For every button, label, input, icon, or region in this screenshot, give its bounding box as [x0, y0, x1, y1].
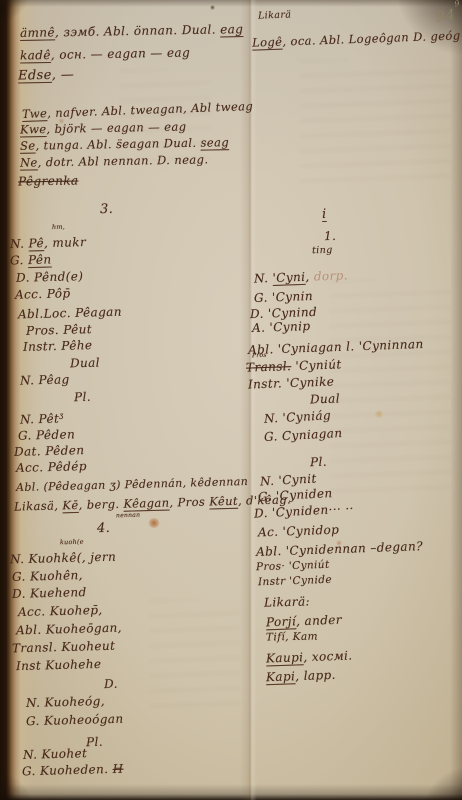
manuscript-line: Tifí, Kam — [266, 631, 318, 644]
text-segment: Likarä — [258, 9, 292, 21]
manuscript-line: Acc. Kuohep̄, — [18, 603, 103, 619]
text-segment: Porjí — [266, 614, 297, 629]
manuscript-line: Dual — [70, 356, 100, 371]
text-segment: N. 'Cyniág — [264, 408, 332, 425]
manuscript-line: N. Pêag — [20, 372, 70, 387]
manuscript-line: nennan — [116, 510, 140, 521]
manuscript-line: 3. — [100, 202, 114, 217]
text-segment: Instr. Pêhe — [23, 338, 93, 354]
manuscript-line: Pêgrenka — [18, 173, 79, 188]
manuscript-line: Abl. (Pêdeagan ʒ) Pêdennán, kêdennan — [16, 475, 248, 494]
manuscript-line: i — [322, 207, 327, 222]
text-segment: G. Kuoheden. — [22, 762, 113, 778]
text-segment: N. — [254, 271, 273, 286]
text-segment: Abl. (Pêdeagan ʒ) Pêdennán, kêdennan — [16, 475, 248, 494]
manuscript-line: Porjí, ander — [266, 613, 342, 630]
manuscript-line: Abl.Loc. Pêagan — [18, 305, 122, 322]
text-segment: Dat. Pêden — [14, 443, 85, 459]
manuscript-line: Kaupi, хосмі. — [266, 648, 353, 665]
text-segment: 'Cyni — [272, 270, 305, 285]
text-segment: N. Kuohet — [23, 746, 88, 762]
text-segment: D. — [104, 677, 118, 691]
text-segment: , Pros — [169, 495, 209, 510]
manuscript-line: Ac. 'Cynidop — [258, 523, 340, 540]
manuscript-line: kuoh(e — [60, 537, 84, 548]
manuscript-line: Dual — [310, 391, 340, 406]
text-segment: Instr 'Cynide — [258, 574, 332, 589]
manuscript-line: Pl. — [310, 455, 327, 469]
manuscript-line: N. Kuohkê(, jern — [10, 550, 116, 567]
manuscript-line: N. 'Cynit — [260, 472, 317, 489]
text-segment: ämnê — [20, 25, 55, 40]
text-segment: eag — [220, 22, 243, 36]
text-segment: seag — [200, 135, 229, 149]
text-segment: G. Cyniagan — [264, 426, 343, 444]
manuscript-line: G. Pên — [10, 252, 52, 267]
manuscript-line: Dat. Pêden — [14, 443, 85, 459]
manuscript-line: Inst Kuohehe — [16, 657, 102, 673]
text-segment: N. 'Cynit — [260, 472, 317, 489]
text-segment: Twe — [22, 106, 48, 121]
paper-stain — [374, 410, 384, 418]
text-segment: , ander — [296, 613, 342, 629]
text-segment: G. 'Cynin — [254, 289, 313, 305]
text-segment: , — [305, 270, 314, 284]
manuscript-line: Abl. 'Cyniagan l. 'Cyninnan — [248, 337, 424, 357]
bleed-through-ghost — [300, 60, 450, 190]
text-segment: Pros. Pêut — [26, 322, 92, 338]
text-segment: A. 'Cynip — [252, 319, 311, 335]
text-segment: dorp. — [314, 268, 349, 283]
manuscript-line: 4. — [97, 521, 111, 536]
text-segment: Transl. — [246, 359, 292, 375]
page-fold-crease — [240, 0, 258, 800]
manuscript-line: Transl. Kuoheut — [12, 639, 116, 656]
manuscript-line: Transl. 'Cyniút — [246, 357, 342, 374]
text-segment: Ne — [20, 155, 38, 169]
manuscript-line: G. Kuoheoógan — [26, 712, 124, 729]
text-segment: G. 'Cyniden — [258, 486, 333, 504]
manuscript-line: A. 'Cynip — [252, 319, 311, 335]
manuscript-line: Abl. 'Cynidennan –degan? — [256, 539, 423, 559]
text-segment: Acc. Pêdép — [16, 459, 87, 475]
text-segment: Pl. — [310, 455, 327, 469]
text-segment: , lapp. — [295, 668, 336, 683]
text-segment: Likarä: — [264, 594, 310, 609]
text-segment: Abl.Loc. Pêagan — [18, 305, 122, 322]
text-segment: , björk — eagan — eag — [46, 120, 186, 136]
manuscript-line: Logê, оса. Abl. Logeôgan D. geóg — [252, 28, 461, 49]
ink-speck — [210, 5, 215, 10]
manuscript-line: Pl. — [86, 735, 103, 749]
text-segment: Se — [20, 139, 36, 153]
text-segment: Acc. Pôp̄ — [15, 286, 71, 301]
text-segment: Logê — [252, 35, 283, 50]
text-segment: Edse — [18, 68, 52, 84]
manuscript-page: 94 9 ämnê, зэмб. Abl. önnan. Dual. eagka… — [0, 0, 462, 800]
text-segment: G. — [10, 253, 28, 267]
manuscript-line: Instr 'Cynide — [258, 574, 332, 589]
text-segment: 1. — [324, 229, 337, 243]
manuscript-line: N. 'Cyniág — [264, 408, 332, 425]
text-segment: Kaupi — [266, 650, 304, 665]
text-segment: Instr. 'Cynike — [248, 374, 335, 391]
text-segment: Acc. Kuohep̄, — [18, 603, 103, 619]
manuscript-line: N. Kuoheóg, — [26, 694, 105, 710]
text-segment: N. Pêt — [20, 412, 60, 427]
manuscript-line: Likarä: — [264, 594, 310, 609]
manuscript-line: G. Cyniagan — [264, 426, 343, 444]
manuscript-line: D. Kuehend — [12, 585, 87, 601]
manuscript-line: G. 'Cyniden — [258, 486, 333, 504]
text-segment: Pros — [252, 352, 267, 359]
text-segment: , nafver. Abl. tweagan, Abl tweag — [47, 99, 253, 120]
manuscript-line: N. 'Cyni, dorp. — [254, 268, 348, 285]
text-segment: nennan — [116, 512, 140, 520]
manuscript-line: Likarä — [258, 9, 292, 21]
manuscript-line: hm, — [52, 222, 65, 232]
manuscript-line: G. Kuoheden. H — [22, 762, 124, 779]
text-segment: 4. — [97, 521, 111, 536]
text-segment: D. Kuehend — [12, 585, 87, 601]
manuscript-line: Ne, dotr. Abl nennan. D. neag. — [20, 152, 209, 169]
text-segment: N. Pêag — [20, 372, 70, 387]
text-segment: Abl. 'Cyniagan l. 'Cyninnan — [248, 337, 424, 357]
text-segment: G. Pêden — [18, 427, 75, 442]
text-segment: Dual — [310, 391, 340, 406]
page-number-tick: 9 — [454, 0, 461, 9]
page-number: 94 9 — [435, 7, 457, 26]
text-segment: , хосмі. — [303, 648, 353, 664]
text-segment: i — [322, 207, 327, 222]
text-segment: Ac. 'Cynidop — [258, 523, 340, 540]
manuscript-line: Acc. Pôp̄ — [15, 286, 71, 301]
text-segment: Kwe — [20, 122, 47, 136]
text-segment: ʒ — [59, 410, 64, 419]
text-segment: Transl. Kuoheut — [12, 639, 116, 656]
text-segment: 'Cyniút — [291, 357, 342, 373]
manuscript-line: Pl. — [74, 390, 91, 404]
manuscript-line: kadê, осн. — eagan — eag — [20, 46, 190, 63]
text-segment: kuoh(e — [60, 538, 84, 547]
manuscript-line: Pros· 'Cyniút — [256, 559, 330, 574]
manuscript-line: Se, tunga. Abl. s̈eagan Dual. seag — [20, 135, 229, 153]
text-segment: 3. — [100, 202, 114, 217]
text-segment: kadê — [20, 48, 51, 63]
text-segment: , mukr — [44, 235, 87, 250]
text-segment: Pros· 'Cyniút — [256, 559, 330, 574]
text-segment: Abl. 'Cynidennan –degan? — [256, 539, 423, 559]
text-segment: N. Kuoheóg, — [26, 694, 105, 710]
bleed-through-ghost — [150, 600, 240, 710]
text-segment: , зэмб. Abl. önnan. Dual. — [55, 22, 220, 39]
manuscript-line: Kwe, björk — eagan — eag — [20, 120, 187, 137]
text-segment: , dotr. Abl nennan. D. neag. — [38, 152, 209, 169]
manuscript-line: Abl. Kuoheōgan, — [16, 621, 122, 638]
text-segment: ting — [312, 245, 333, 257]
text-segment: , осн. — eagan — eag — [51, 46, 191, 62]
text-segment: Kêagan — [123, 496, 169, 511]
text-segment: G. Kuoheoógan — [26, 712, 124, 729]
text-segment: Pên — [28, 252, 52, 267]
manuscript-line: N. Pêtʒ — [20, 410, 64, 426]
manuscript-line: G. Kuohên, — [12, 568, 83, 584]
text-segment: D. Pênd(e) — [16, 269, 84, 285]
text-segment: N. — [10, 237, 29, 251]
text-segment: N. Kuohkê(, jern — [10, 550, 116, 567]
manuscript-line: ämnê, зэмб. Abl. önnan. Dual. eag — [20, 22, 244, 40]
text-segment: Kêut — [209, 494, 238, 509]
text-segment: Dual — [70, 356, 100, 371]
manuscript-line: D. Pênd(e) — [16, 269, 84, 285]
manuscript-line: G. 'Cynin — [254, 289, 313, 305]
text-segment: Pl. — [74, 390, 91, 404]
manuscript-line: Twe, nafver. Abl. tweagan, Abl tweag — [22, 99, 254, 121]
manuscript-line: Acc. Pêdép — [16, 459, 87, 475]
manuscript-line: D. — [104, 677, 118, 691]
text-segment: , оса. Abl. Logeôgan D. geóg — [282, 28, 461, 48]
text-segment: Tifí, Kam — [266, 631, 318, 644]
manuscript-line: Instr. Pêhe — [23, 338, 93, 354]
text-segment: Kapi — [266, 669, 296, 684]
manuscript-line: Likasä, Kē, berg. Kêagan, Pros Kêut, d'k… — [14, 492, 291, 513]
text-segment: Pêgrenka — [18, 173, 79, 188]
manuscript-line: Edse, — — [18, 68, 75, 84]
manuscript-line: N. Pê, mukr — [10, 235, 86, 251]
text-segment: , tunga. Abl. s̈eagan Dual. — [35, 136, 200, 153]
text-segment: Abl. Kuoheōgan, — [16, 621, 122, 638]
manuscript-line: Instr. 'Cynike — [248, 374, 335, 391]
rust-stain — [148, 518, 160, 528]
page-number-value: 94 — [435, 7, 457, 26]
text-segment: H — [112, 762, 123, 776]
manuscript-line: ting — [312, 245, 333, 257]
manuscript-line: Pros. Pêut — [26, 322, 92, 338]
text-segment: G. Kuohên, — [12, 568, 83, 584]
manuscript-line: Kapi, lapp. — [266, 668, 336, 684]
text-segment: Pê — [28, 236, 44, 250]
manuscript-line: G. Pêden — [18, 427, 75, 442]
manuscript-line: N. Kuohet — [23, 746, 88, 762]
manuscript-line: Pros — [252, 350, 267, 360]
text-segment: hm, — [52, 223, 65, 231]
text-segment: Likasä, — [14, 498, 63, 513]
bleed-through-ghost — [330, 280, 450, 500]
text-segment: , — — [52, 68, 75, 83]
text-segment: Inst Kuohehe — [16, 657, 102, 673]
text-segment: Pl. — [86, 735, 103, 749]
manuscript-line: 1. — [324, 229, 337, 243]
text-segment: Kē — [62, 498, 79, 512]
